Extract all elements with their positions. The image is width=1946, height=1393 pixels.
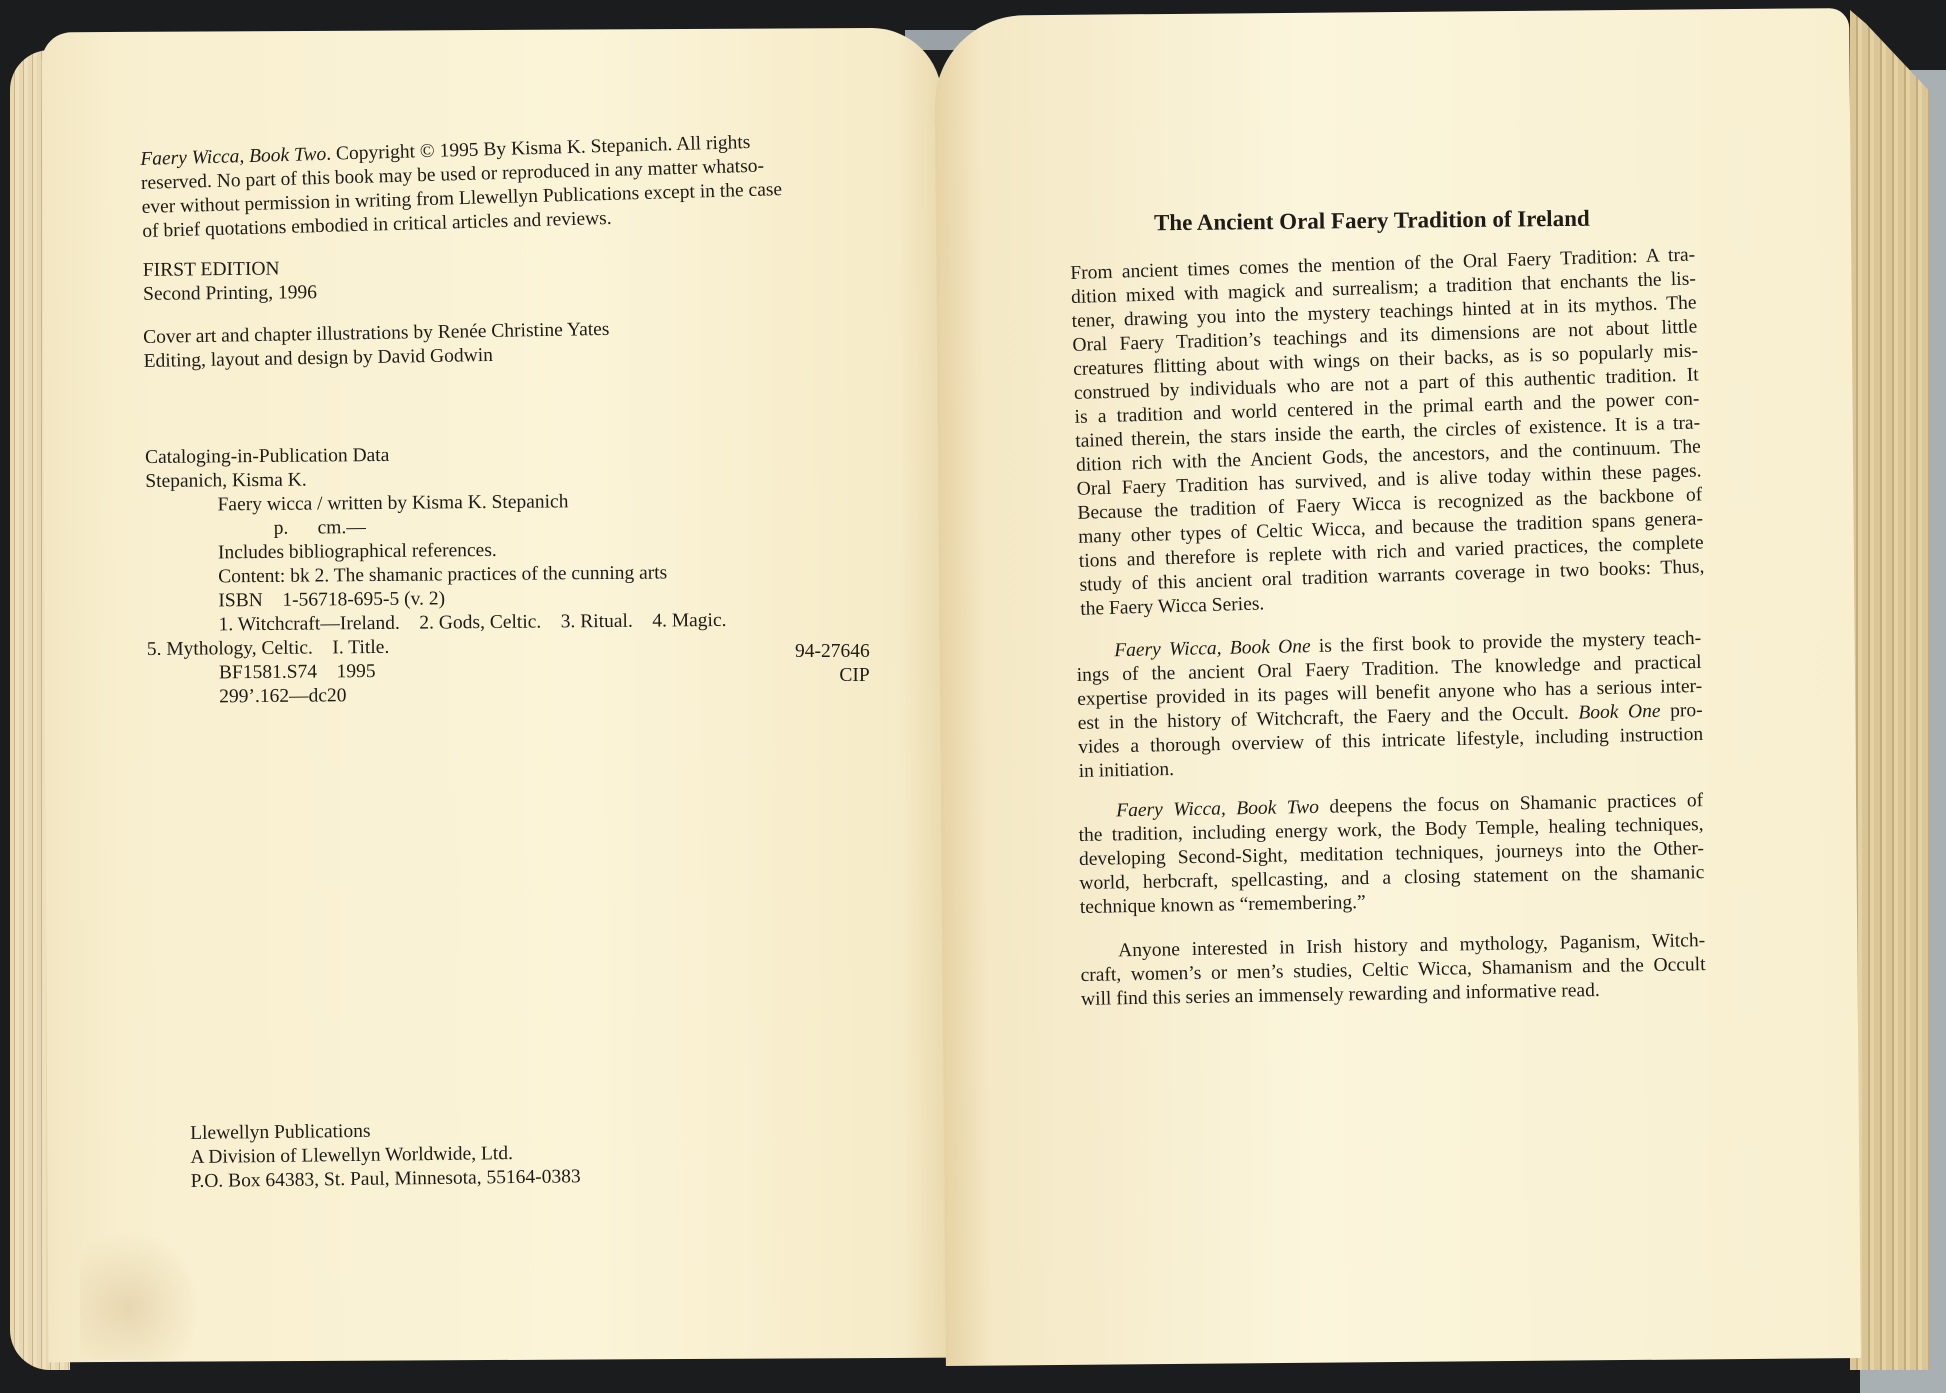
cip-dewey: 299’.162—dc20 (147, 681, 727, 710)
edition-info: FIRST EDITION Second Printing, 1996 (143, 257, 317, 307)
cip-content: Content: bk 2. The shamanic practices of… (146, 561, 726, 590)
right-page-edges (1850, 10, 1930, 1370)
paragraph-1: From ancient times comes the mention of … (1070, 243, 1705, 621)
publisher-address: P.O. Box 64383, St. Paul, Minnesota, 551… (191, 1165, 581, 1194)
book-two-title: Faery Wicca, Book Two (1116, 797, 1319, 822)
book-one-inline: Book One (1578, 701, 1661, 724)
paragraph-3: Faery Wicca, Book Two deepens the focus … (1078, 789, 1705, 920)
text-fragment: pro- (1660, 700, 1703, 722)
cip-lccn-block: 94-27646 CIP (795, 640, 870, 688)
paragraph-4: Anyone interested in Irish history and m… (1080, 929, 1706, 1012)
edition-label: FIRST EDITION (143, 257, 317, 283)
book-one-title: Faery Wicca, Book One (1114, 636, 1311, 661)
cip-subjects: 1. Witchcraft—Ireland. 2. Gods, Celtic. … (146, 609, 726, 638)
cip-data: Cataloging-in-Publication Data Stepanich… (145, 441, 727, 710)
copyright-notice: Faery Wicca, Book Two. Copyright © 1995 … (140, 130, 783, 244)
credits: Cover art and chapter illustrations by R… (143, 318, 610, 374)
book-title: Faery Wicca, Book Two (140, 144, 326, 170)
water-stain (80, 1230, 200, 1360)
cip-lccn: 94-27646 (795, 640, 870, 664)
printing-label: Second Printing, 1996 (143, 281, 317, 307)
chapter-heading: The Ancient Oral Faery Tradition of Irel… (1154, 206, 1590, 237)
cip-label: CIP (795, 664, 870, 688)
paragraph-2: Faery Wicca, Book One is the first book … (1076, 627, 1704, 784)
publisher-info: Llewellyn Publications A Division of Lle… (190, 1117, 581, 1194)
